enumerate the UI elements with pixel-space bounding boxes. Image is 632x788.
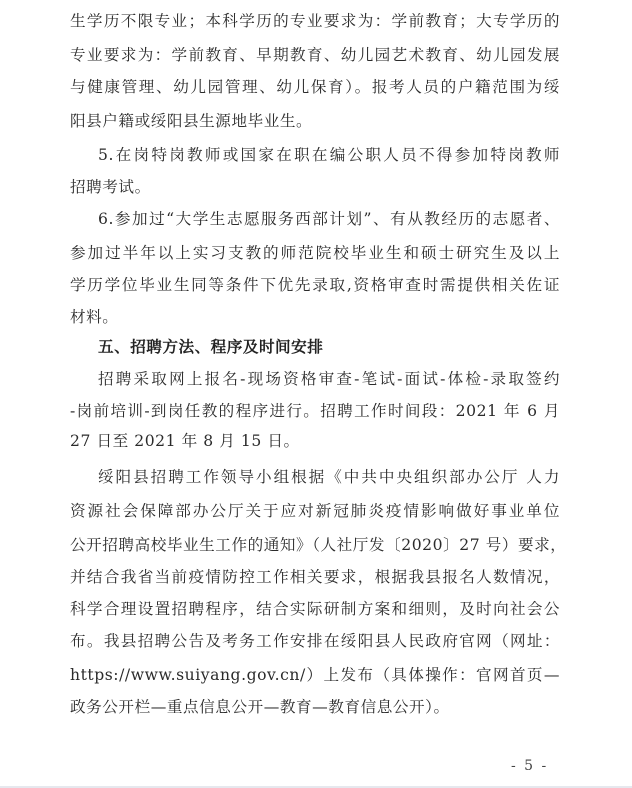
notice-line: 绥阳县招聘工作领导小组根据《中共中央组织部办公厅 人力 (98, 467, 560, 487)
item-5-line: 招聘考试。 (70, 177, 560, 197)
notice-line: 布。我县招聘公告及考务工作安排在绥阳县人民政府官网（网址： (70, 631, 560, 651)
notice-line: 并结合我省当前疫情防控工作相关要求，根据我县报名人数情况， (70, 567, 560, 587)
notice-line: 政务公开栏—重点信息公开—教育—教育信息公开）。 (70, 697, 560, 717)
paragraph-line: 阳县户籍或绥阳县生源地毕业生。 (70, 111, 560, 131)
section-heading: 五、招聘方法、程序及时间安排 (98, 337, 323, 357)
item-6-line: 学历学位毕业生同等条件下优先录取,资格审查时需提供相关佐证 (70, 275, 560, 295)
notice-url-line: https://www.suiyang.gov.cn/）上发布（具体操作：官网首… (70, 665, 560, 685)
procedure-line: -岗前培训-到岗任教的程序进行。招聘工作时间段：2021 年 6 月 (70, 401, 560, 421)
procedure-line: 招聘采取网上报名-现场资格审查-笔试-面试-体检-录取签约 (98, 369, 560, 389)
paragraph-line: 生学历不限专业；本科学历的专业要求为：学前教育；大专学历的 (70, 11, 560, 31)
item-6-line: 参加过半年以上实习支教的师范院校毕业生和硕士研究生及以上 (70, 243, 560, 263)
page-number: - 5 - (511, 758, 548, 774)
procedure-line: 27 日至 2021 年 8 月 15 日。 (70, 431, 560, 451)
paragraph-line: 专业要求为：学前教育、早期教育、幼儿园艺术教育、幼儿园发展 (70, 45, 560, 65)
item-5-line: 5.在岗特岗教师或国家在职在编公职人员不得参加特岗教师 (98, 145, 560, 165)
notice-line: 公开招聘高校毕业生工作的通知》（人社厅发〔2020〕27 号）要求， (70, 535, 560, 555)
document-page: 生学历不限专业；本科学历的专业要求为：学前教育；大专学历的 专业要求为：学前教育… (0, 0, 632, 788)
notice-line: 资源社会保障部办公厅关于应对新冠肺炎疫情影响做好事业单位 (70, 501, 560, 521)
item-6-line: 6.参加过“大学生志愿服务西部计划”、有从教经历的志愿者、 (98, 209, 560, 229)
paragraph-line: 与健康管理、幼儿园管理、幼儿保育）。报考人员的户籍范围为绥 (70, 77, 560, 97)
notice-line: 科学合理设置招聘程序，结合实际研制方案和细则，及时向社会公 (70, 599, 560, 619)
item-6-line: 材料。 (70, 307, 560, 327)
